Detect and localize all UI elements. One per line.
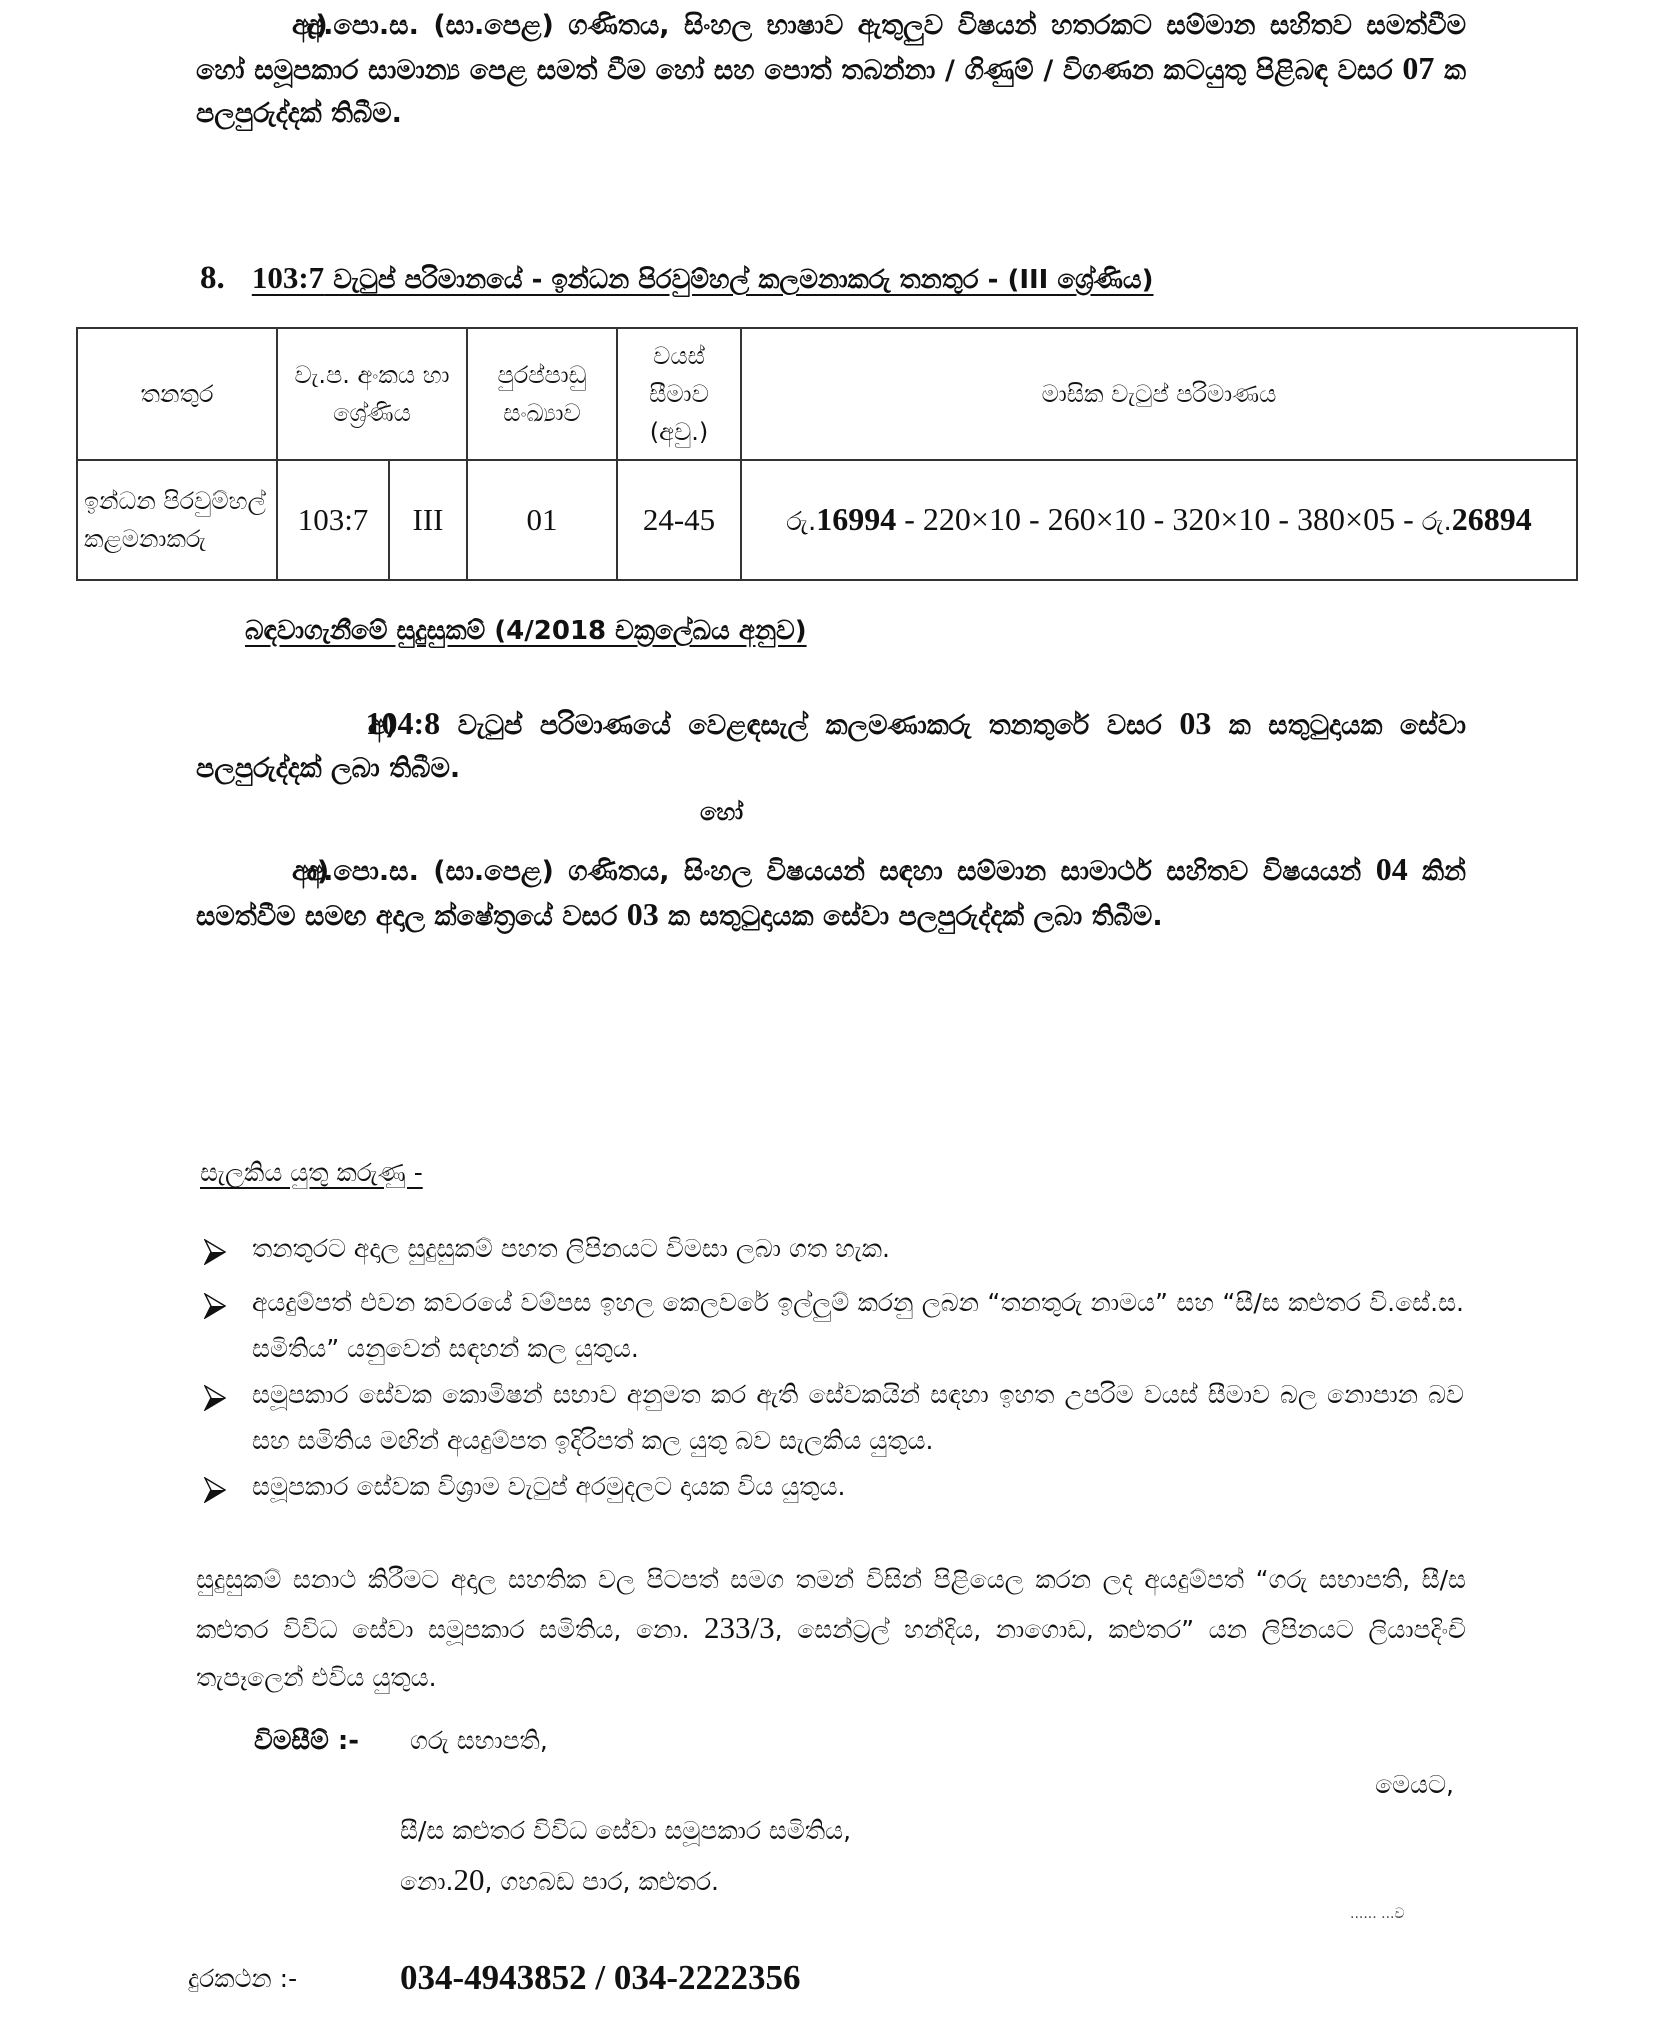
closing-salutation: මෙයට, bbox=[1375, 1770, 1454, 1800]
table-header-row: තනතුර වැ.ප. අංකය හා ශ්‍රේණිය පුරප්පාඩු ස… bbox=[77, 328, 1577, 460]
cell-age-limit: 24-45 bbox=[617, 460, 741, 580]
arrowhead-bullet-icon bbox=[204, 1226, 252, 1280]
top-qualification-paragraph: ඇ) අ.පො.ස. (සා.පෙළ) ගණිතය, සිංහල භාෂාව ඇ… bbox=[196, 4, 1466, 135]
submission-instructions: සුදුසුකම් සනාථ කිරීමට අදාල සහතික වල පිටප… bbox=[196, 1556, 1466, 1702]
list-item: අයදුම්පත් එවන කවරයේ වම්පස ඉහල කෙලවරේ ඉල්… bbox=[204, 1280, 1464, 1372]
qualifications-heading: බඳවාගැනීමේ සුදුසුකම් (4/2018 චක්‍රලේඛය අ… bbox=[245, 616, 807, 647]
qualification-option-b: ආ) අ.පො.ස. (සා.පෙළ) ගණිතය, සිංහල විෂයයන්… bbox=[196, 848, 1466, 938]
post-details-table: තනතුර වැ.ප. අංකය හා ශ්‍රේණිය පුරප්පාඩු ස… bbox=[76, 327, 1578, 581]
header-age-limit: වයස් සීමාව (අවු.) bbox=[617, 328, 741, 460]
inquiries-line1: ගරු සභාපති, bbox=[410, 1726, 548, 1756]
cell-post: ඉන්ධන පිරවුම්හල් කළමනාකරු bbox=[77, 460, 277, 580]
arrowhead-bullet-icon bbox=[204, 1372, 252, 1426]
section-number: 8. bbox=[200, 260, 225, 296]
cell-salary-scale: රු.16994 - 220×10 - 260×10 - 320×10 - 38… bbox=[741, 460, 1577, 580]
list-item: සමූපකාර සේවක කොමිෂන් සභාව අනුමත කර ඇති ස… bbox=[204, 1372, 1464, 1464]
telephone-numbers: 034-4943852 / 034-2222356 bbox=[400, 1958, 801, 1998]
inquiries-label: විමසීම් :- bbox=[254, 1726, 359, 1757]
years-count: 07 bbox=[1402, 50, 1434, 86]
cell-vacancies: 01 bbox=[467, 460, 617, 580]
qualification-option-a: අ) 104:8 වැටුප් පරිමාණයේ වෙළඳසැල් කලමණාක… bbox=[196, 702, 1466, 790]
section-heading: 8. 103:7 වැටුප් පරිමානයේ - ඉන්ධන පිරවුම්… bbox=[200, 260, 1153, 297]
inquiries-line2: සී/ස කළුතර විවිධ සේවා සමූපකාර සමිතිය, bbox=[400, 1816, 851, 1846]
table-row: ඉන්ධන පිරවුම්හල් කළමනාකරු 103:7 III 01 2… bbox=[77, 460, 1577, 580]
header-vacancies: පුරප්පාඩු සංඛ්‍යාව bbox=[467, 328, 617, 460]
notes-heading: සැලකිය යුතු කරුණු - bbox=[200, 1158, 423, 1188]
inquiries-line3: නො.20, ගහබඩ පාර, කළුතර. bbox=[400, 1862, 719, 1898]
header-salary-code-grade: වැ.ප. අංකය හා ශ්‍රේණිය bbox=[277, 328, 467, 460]
cell-grade: III bbox=[389, 460, 467, 580]
paragraph-label: ඇ) bbox=[196, 4, 292, 47]
section-title: 103:7 වැටුප් පරිමානයේ - ඉන්ධන පිරවුම්හල්… bbox=[252, 265, 1154, 295]
list-item: සමූපකාර සේවක විශ්‍රාම වැටුප් අරමුදලට දාය… bbox=[204, 1464, 1464, 1518]
or-separator: හෝ bbox=[700, 798, 743, 826]
list-item: තනතුරට අදාල සුදුසුකම් පහත ලිපිනයට විමසා … bbox=[204, 1226, 1464, 1280]
arrowhead-bullet-icon bbox=[204, 1464, 252, 1518]
header-monthly-salary: මාසික වැටුප් පරිමාණය bbox=[741, 328, 1577, 460]
arrowhead-bullet-icon bbox=[204, 1280, 252, 1334]
cell-salary-code: 103:7 bbox=[277, 460, 389, 580]
signature-fragment: ...... ...ව bbox=[1350, 1906, 1405, 1918]
header-post: තනතුර bbox=[77, 328, 277, 460]
telephone-label: දුරකථන :- bbox=[188, 1964, 297, 1994]
notes-list: තනතුරට අදාල සුදුසුකම් පහත ලිපිනයට විමසා … bbox=[204, 1226, 1464, 1518]
